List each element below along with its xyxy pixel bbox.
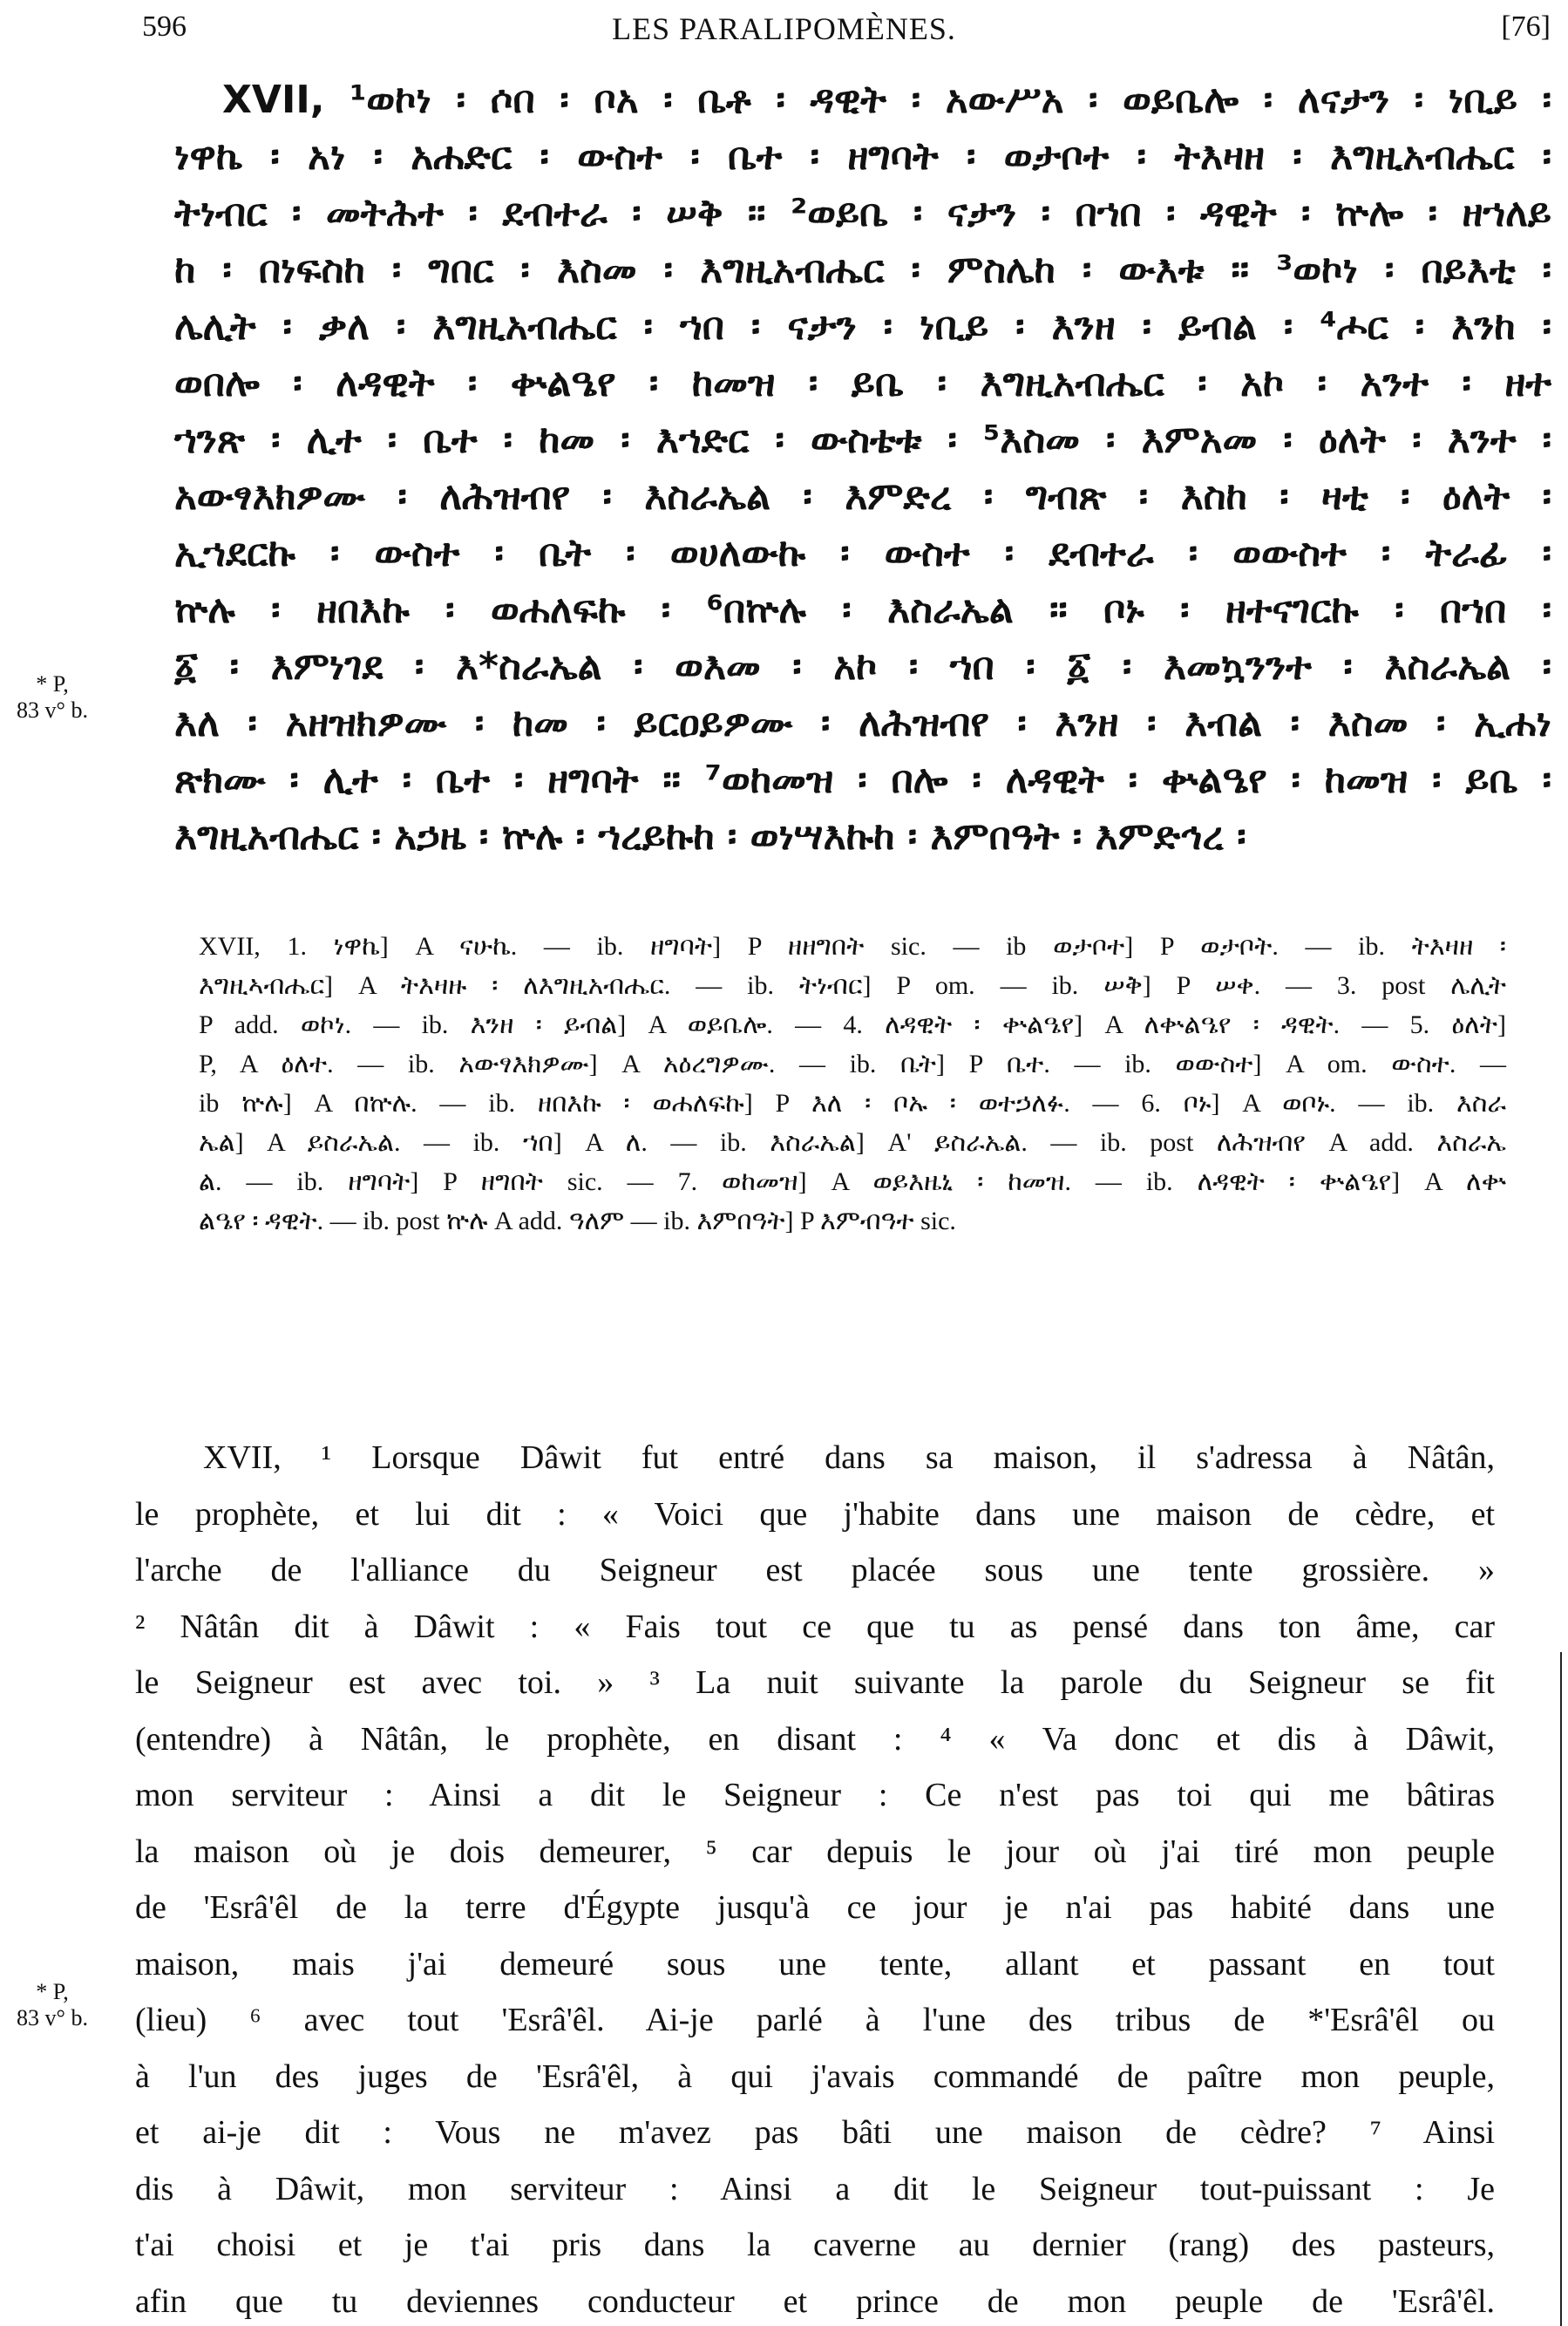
french-line: dis à Dâwit, mon serviteur : Ainsi a dit… bbox=[135, 2161, 1495, 2218]
french-line: de 'Esrâ'êl de la terre d'Égypte jusqu'à… bbox=[135, 1880, 1495, 1936]
signature-mark: [76] bbox=[1501, 10, 1551, 44]
ethiopic-line: ከ ፡ በነፍስከ ፡ ግበር ፡ እስመ ፡ እግዚአብሔር ፡ ምስሌከ ፡… bbox=[174, 241, 1551, 298]
apparatus-line: P, A ዕለተ. — ib. አውፃእክዎሙ] A አዕረግዎሙ. — ib.… bbox=[199, 1044, 1506, 1084]
ethiopic-line: XVII, ¹ወኮነ ፡ ሶበ ፡ ቦአ ፡ ቤቶ ፡ ዳዊት ፡ አውሥአ ፡… bbox=[174, 71, 1551, 128]
french-line: afin que tu deviennes conducteur et prin… bbox=[135, 2274, 1495, 2326]
ethiopic-text-block: XVII, ¹ወኮነ ፡ ሶበ ፡ ቦአ ፡ ቤቶ ፡ ዳዊት ፡ አውሥአ ፡… bbox=[174, 71, 1551, 865]
french-line: la maison où je dois demeurer, ⁵ car dep… bbox=[135, 1824, 1495, 1881]
apparatus-line: ል. — ib. ዘግባት] P ዘግበት sic. — 7. ወከመዝ] A … bbox=[199, 1162, 1506, 1201]
french-line: (entendre) à Nâtân, le prophète, en disa… bbox=[135, 1711, 1495, 1768]
french-line: l'arche de l'alliance du Seigneur est pl… bbox=[135, 1542, 1495, 1599]
apparatus-line: እግዚኣብሔር] A ትእዛዙ ፡ ለእግዚአብሔር. — ib. ትነብር] … bbox=[199, 966, 1506, 1005]
ethiopic-line: ኵሉ ፡ ዘበእኩ ፡ ወሐለፍኩ ፡ ⁶በኵሉ ፡ እስራኤል ። ቦኑ ፡ … bbox=[174, 581, 1551, 638]
ethiopic-line: ኢኀደርኩ ፡ ውስተ ፡ ቤት ፡ ወሀለውኩ ፡ ውስተ ፡ ደብተራ ፡ … bbox=[174, 525, 1551, 581]
french-line: (lieu) ⁶ avec tout 'Esrâ'êl. Ai-je parlé… bbox=[135, 1992, 1495, 2049]
french-translation: XVII, ¹ Lorsque Dâwit fut entré dans sa … bbox=[135, 1430, 1495, 2326]
apparatus-line: ib ኵሉ] A በኵሉ. — ib. ዘበእኩ ፡ ወሐለፍኩ] P እለ ፡… bbox=[199, 1084, 1506, 1123]
ethiopic-line: እለ ፡ አዘዝክዎሙ ፡ ከመ ፡ ይርዐይዎሙ ፡ ለሕዝብየ ፡ እንዘ … bbox=[174, 695, 1551, 752]
ethiopic-line: ኀንጽ ፡ ሊተ ፡ ቤተ ፡ ከመ ፡ እኀድር ፡ ውስቴቱ ፡ ⁵እስመ … bbox=[174, 411, 1551, 468]
french-line: t'ai choisi et je t'ai pris dans la cave… bbox=[135, 2217, 1495, 2274]
ethiopic-line: ሌሊት ፡ ቃለ ፡ እግዚአብሔር ፡ ኀበ ፡ ናታን ፡ ነቢይ ፡ እን… bbox=[174, 298, 1551, 355]
ethiopic-line: ጽክሙ ፡ ሊተ ፡ ቤተ ፡ ዘግባት ። ⁷ወከመዝ ፡ በሎ ፡ ለዳዊት… bbox=[174, 752, 1551, 808]
french-line: XVII, ¹ Lorsque Dâwit fut entré dans sa … bbox=[135, 1430, 1495, 1486]
running-title: LES PARALIPOMÈNES. bbox=[0, 10, 1568, 47]
french-line: maison, mais j'ai demeuré sous une tente… bbox=[135, 1936, 1495, 1993]
margin-note-line: * P, bbox=[0, 1979, 105, 2005]
apparatus-line: ልዔየ ፡ ዳዊት. — ib. post ኵሉ A add. ዓለም — ib… bbox=[199, 1201, 1506, 1241]
french-line: le prophète, et lui dit : « Voici que j'… bbox=[135, 1486, 1495, 1543]
ethiopic-line: ትነብር ፡ መትሕተ ፡ ደብተራ ፡ ሠቅ ። ²ወይቤ ፡ ናታን ፡ በ… bbox=[174, 185, 1551, 241]
margin-note-line: 83 v° b. bbox=[0, 2005, 105, 2031]
scan-edge-line bbox=[1560, 1652, 1562, 2326]
apparatus-line: XVII, 1. ነዋኬ] A ናሁኬ. — ib. ዘግባት] P ዘዘግበት… bbox=[199, 927, 1506, 966]
french-line: mon serviteur : Ainsi a dit le Seigneur … bbox=[135, 1767, 1495, 1824]
apparatus-line: P add. ወኮነ. — ib. እንዘ ፡ ይብል] A ወይቤሎ. — 4… bbox=[199, 1005, 1506, 1044]
ethiopic-line: ወበሎ ፡ ለዳዊት ፡ ቍልዔየ ፡ ከመዝ ፡ ይቤ ፡ እግዚአብሔር ፡… bbox=[174, 355, 1551, 411]
apparatus-line: ኤል] A ይስራኤል. — ib. ኀበ] A ለ. — ib. እስራኤል]… bbox=[199, 1123, 1506, 1162]
margin-note-line: 83 v° b. bbox=[0, 697, 105, 724]
margin-note-french: * P, 83 v° b. bbox=[0, 1979, 105, 2031]
french-line: ² Nâtân dit à Dâwit : « Fais tout ce que… bbox=[135, 1599, 1495, 1656]
ethiopic-line: ነዋኬ ፡ አነ ፡ አሐድር ፡ ውስተ ፡ ቤተ ፡ ዘግባት ፡ ወታቦተ… bbox=[174, 128, 1551, 185]
margin-note-line: * P, bbox=[0, 671, 105, 697]
margin-note-ethiopic: * P, 83 v° b. bbox=[0, 671, 105, 724]
ethiopic-line: አውፃእክዎሙ ፡ ለሕዝብየ ፡ እስራኤል ፡ እምድረ ፡ ግብጽ ፡ እ… bbox=[174, 468, 1551, 525]
ethiopic-line: እግዚአብሔር ፡ አኃዜ ፡ ኵሉ ፡ ኀረይኩከ ፡ ወነሣእኩከ ፡ እም… bbox=[174, 808, 1551, 865]
ethiopic-line: ፩ ፡ እምነገደ ፡ እ*ስራኤል ፡ ወእመ ፡ አኮ ፡ ኀበ ፡ ፩ ፡… bbox=[174, 638, 1551, 695]
french-line: le Seigneur est avec toi. » ³ La nuit su… bbox=[135, 1655, 1495, 1711]
page-header: 596 LES PARALIPOMÈNES. [76] bbox=[0, 7, 1568, 51]
french-line: et ai-je dit : Vous ne m'avez pas bâti u… bbox=[135, 2105, 1495, 2161]
french-line: à l'un des juges de 'Esrâ'êl, à qui j'av… bbox=[135, 2049, 1495, 2105]
critical-apparatus: XVII, 1. ነዋኬ] A ናሁኬ. — ib. ዘግባት] P ዘዘግበት… bbox=[199, 927, 1506, 1241]
